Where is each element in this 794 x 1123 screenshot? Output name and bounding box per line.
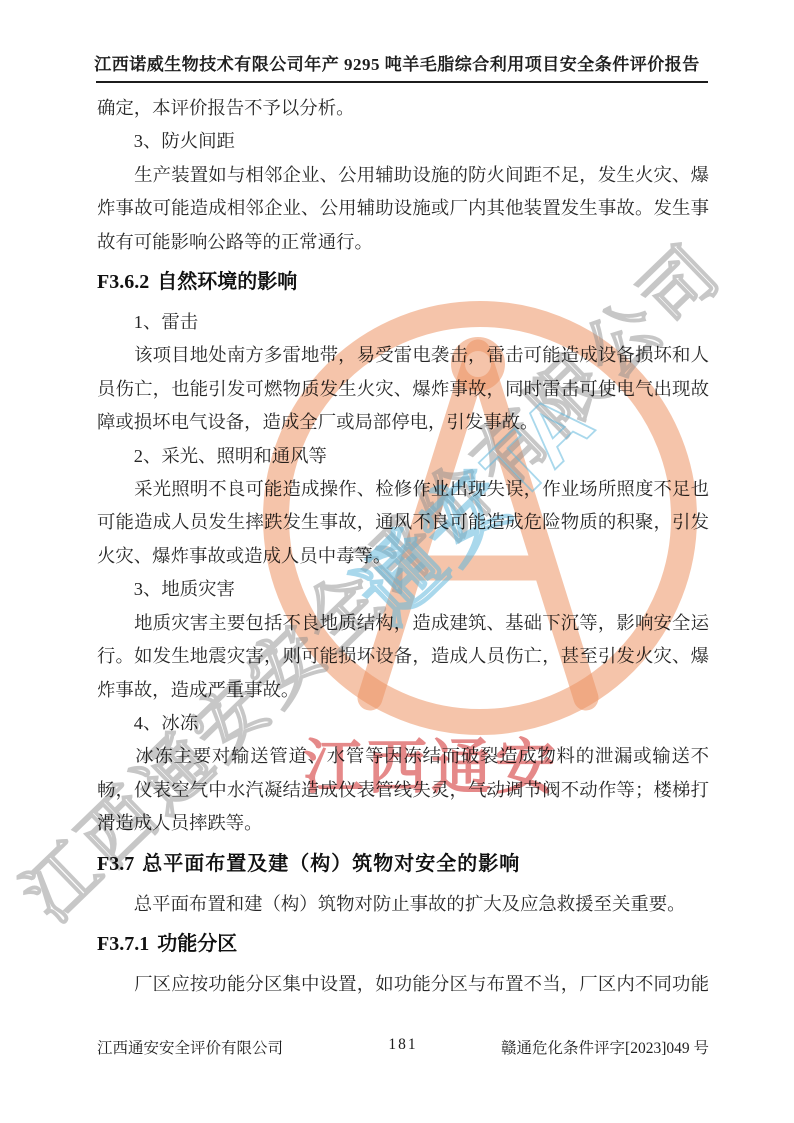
body-line: 畅，仪表空气中水汽凝结造成仪表管线失灵，气动调节阀不动作等；楼梯打 bbox=[97, 774, 709, 807]
body-line: 火灾、爆炸事故或造成人员中毒等。 bbox=[97, 540, 709, 573]
section-number: F3.7 bbox=[97, 853, 134, 875]
body-line: 4、冰冻 bbox=[97, 707, 709, 740]
body-line: 故有可能影响公路等的正常通行。 bbox=[97, 226, 709, 259]
body-line: 滑造成人员摔跌等。 bbox=[97, 807, 709, 840]
footer-document-number: 赣通危化条件评字[2023]049 号 bbox=[501, 1036, 709, 1058]
document-body: 确定，本评价报告不予以分析。 3、防火间距 生产装置如与相邻企业、公用辅助设施的… bbox=[97, 92, 709, 1001]
body-line: 炸事故，造成严重事故。 bbox=[97, 674, 709, 707]
section-title: 自然环境的影响 bbox=[157, 271, 297, 293]
body-line: 1、雷击 bbox=[97, 306, 709, 339]
body-line: 2、采光、照明和通风等 bbox=[97, 440, 709, 473]
body-line: 确定，本评价报告不予以分析。 bbox=[97, 92, 709, 125]
section-number: F3.7.1 bbox=[97, 933, 149, 955]
body-line: 该项目地处南方多雷地带，易受雷电袭击，雷击可能造成设备损坏和人 bbox=[97, 339, 709, 372]
section-number: F3.6.2 bbox=[97, 271, 149, 293]
page-header-title: 江西诺威生物技术有限公司年产 9295 吨羊毛脂综合利用项目安全条件评价报告 bbox=[91, 50, 703, 75]
body-line: 障或损坏电气设备，造成全厂或局部停电，引发事故。 bbox=[97, 406, 709, 439]
body-line: 员伤亡，也能引发可燃物质发生火灾、爆炸事故，同时雷击可使电气出现故 bbox=[97, 373, 709, 406]
section-title: 总平面布置及建（构）筑物对安全的影响 bbox=[142, 853, 520, 875]
body-line: 冰冻主要对输送管道、水管等因冻结而破裂造成物料的泄漏或输送不 bbox=[97, 740, 709, 773]
body-line: 总平面布置和建（构）筑物对防止事故的扩大及应急救援至关重要。 bbox=[97, 888, 709, 921]
document-page: 江西诺威生物技术有限公司年产 9295 吨羊毛脂综合利用项目安全条件评价报告 确… bbox=[0, 0, 794, 1123]
body-line: 3、防火间距 bbox=[97, 125, 709, 158]
section-title: 功能分区 bbox=[157, 933, 237, 955]
body-line: 采光照明不良可能造成操作、检修作业出现失误，作业场所照度不足也 bbox=[97, 473, 709, 506]
header-divider bbox=[96, 81, 708, 83]
section-heading: F3.7.1功能分区 bbox=[97, 927, 709, 961]
section-heading: F3.7总平面布置及建（构）筑物对安全的影响 bbox=[97, 847, 709, 881]
body-line: 厂区应按功能分区集中设置，如功能分区与布置不当，厂区内不同功能 bbox=[97, 968, 709, 1001]
body-line: 生产装置如与相邻企业、公用辅助设施的防火间距不足，发生火灾、爆 bbox=[97, 159, 709, 192]
body-line: 地质灾害主要包括不良地质结构，造成建筑、基础下沉等，影响安全运 bbox=[97, 607, 709, 640]
body-line: 3、地质灾害 bbox=[97, 573, 709, 606]
body-line: 炸事故可能造成相邻企业、公用辅助设施或厂内其他装置发生事故。发生事 bbox=[97, 192, 709, 225]
body-line: 行。如发生地震灾害，则可能损坏设备，造成人员伤亡，甚至引发火灾、爆 bbox=[97, 640, 709, 673]
body-line: 可能造成人员发生摔跌发生事故，通风不良可能造成危险物质的积聚，引发 bbox=[97, 506, 709, 539]
section-heading: F3.6.2自然环境的影响 bbox=[97, 265, 709, 299]
